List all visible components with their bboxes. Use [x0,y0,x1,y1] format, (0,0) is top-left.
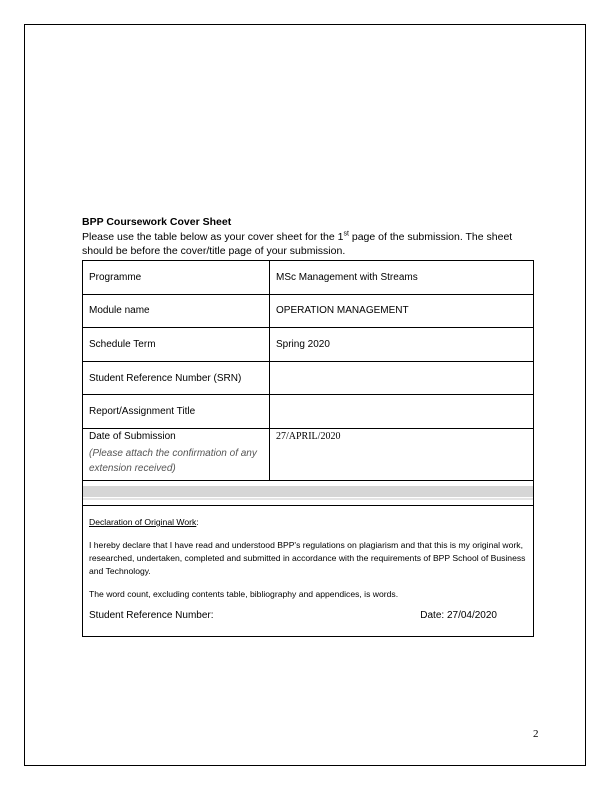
date-value-cell: 27/APRIL/2020 [270,428,534,480]
separator-cell [83,480,534,505]
declaration-footer: Student Reference Number: Date: 27/04/20… [89,609,527,622]
table-row-title: Report/Assignment Title [83,395,534,429]
row-value [270,361,534,395]
table-row-term: Schedule Term Spring 2020 [83,328,534,362]
declaration-date: Date: 27/04/2020 [420,609,497,622]
gray-band [83,486,533,497]
table-row-module: Module name OPERATION MANAGEMENT [83,294,534,328]
date-label: Date of Submission [89,431,263,442]
declaration-body: I hereby declare that I have read and un… [89,539,527,578]
declaration-heading-line: Declaration of Original Work: [89,516,527,529]
cover-sheet-table: Programme MSc Management with Streams Mo… [82,260,534,637]
row-value: OPERATION MANAGEMENT [270,294,534,328]
declaration-heading: Declaration of Original Work [89,517,196,527]
row-label: Programme [83,261,270,295]
separator-band [83,480,534,505]
row-label: Report/Assignment Title [83,395,270,429]
row-label: Student Reference Number (SRN) [83,361,270,395]
date-label-cell: Date of Submission (Please attach the co… [83,428,270,480]
date-value: 27/APRIL/2020 [276,431,340,442]
extension-note: (Please attach the confirmation of any e… [89,446,263,476]
intro-paragraph: Please use the table below as your cover… [82,230,542,258]
table-row-srn: Student Reference Number (SRN) [83,361,534,395]
document-title: BPP Coursework Cover Sheet [82,216,231,228]
srn-label: Student Reference Number: [89,609,214,622]
gray-line [83,498,533,500]
row-label: Schedule Term [83,328,270,362]
table-row-date: Date of Submission (Please attach the co… [83,428,534,480]
table-row-programme: Programme MSc Management with Streams [83,261,534,295]
row-value: MSc Management with Streams [270,261,534,295]
row-label: Module name [83,294,270,328]
row-value [270,395,534,429]
row-value: Spring 2020 [270,328,534,362]
word-count-statement: The word count, excluding contents table… [89,588,527,601]
declaration-row: Declaration of Original Work: I hereby d… [83,505,534,636]
declaration-cell: Declaration of Original Work: I hereby d… [83,505,534,636]
page-number: 2 [533,728,539,740]
